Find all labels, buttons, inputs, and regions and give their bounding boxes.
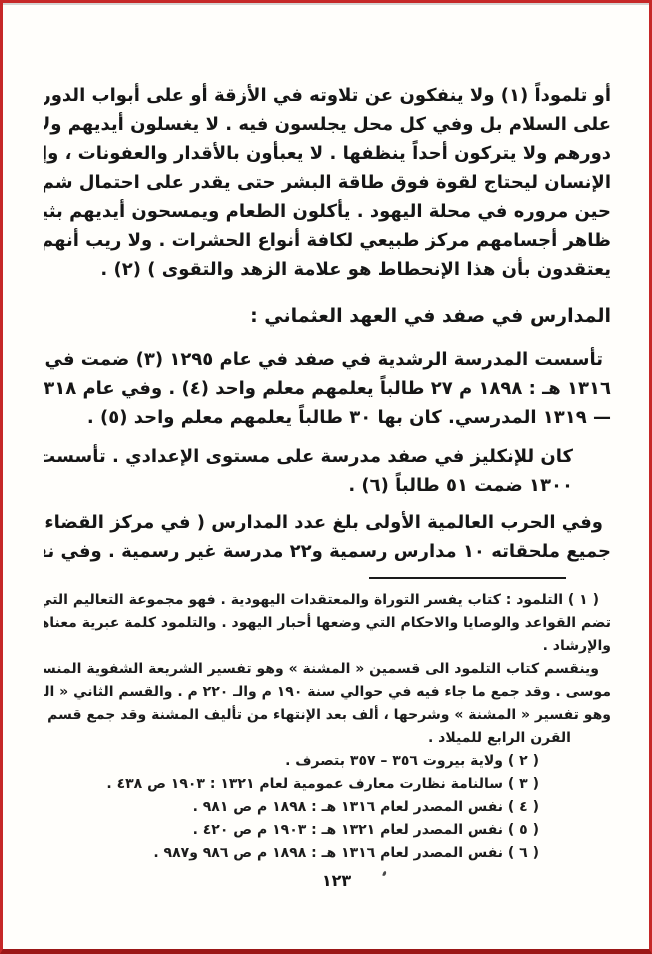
footnote-line: ( ٣ ) سالنامة نظارت معارف عمومية لعام ١٣… bbox=[44, 773, 611, 796]
page-content: أو تلموداً (١) ولا ينفكون عن تلاوته في ا… bbox=[0, 3, 652, 892]
body-text-line: ١٣١٦ هـ : ١٨٩٨ م ٢٧ طالباً يعلمهم معلم و… bbox=[44, 374, 611, 403]
body-text-line: دورهم ولا يتركون أحداً ينظفها . لا يعبأو… bbox=[44, 139, 611, 168]
body-paragraph-4: وفي الحرب العالمية الأولى بلغ عدد المدار… bbox=[44, 508, 611, 566]
body-text-line: حين مروره في محلة اليهود . يأكلون الطعام… bbox=[44, 197, 611, 226]
footnote-line: القرن الرابع للميلاد . bbox=[44, 727, 611, 750]
footnote-line: وينقسم كتاب التلمود الى قسمين « المشنة »… bbox=[44, 658, 611, 681]
scanned-book-page: { "page": { "number": "١٢٣" }, "colors":… bbox=[0, 0, 652, 954]
footnote-line: وهو تفسير « المشنة » وشرحها ، ألف بعد ال… bbox=[44, 704, 611, 727]
body-paragraph-1: أو تلموداً (١) ولا ينفكون عن تلاوته في ا… bbox=[44, 81, 611, 284]
footnote-line: موسى . وقد جمع ما جاء فيه في حوالي سنة ١… bbox=[44, 681, 611, 704]
body-text-line: جميع ملحقاته ١٠ مدارس رسمية و٢٢ مدرسة غي… bbox=[44, 537, 611, 566]
section-heading: المدارس في صفد في العهد العثماني : bbox=[44, 302, 611, 331]
footnote-line: تضم القواعد والوصايا والاحكام التي وضعها… bbox=[44, 612, 611, 635]
footnote-line: ( ٢ ) ولاية بيروت ٣٥٦ – ٣٥٧ بتصرف . bbox=[44, 750, 611, 773]
body-text-line: على السلام بل وفي كل محل يجلسون فيه . لا… bbox=[44, 110, 611, 139]
footnotes-section: ( ١ ) التلمود : كتاب يفسر التوراة والمعت… bbox=[44, 589, 611, 865]
body-text-line: وفي الحرب العالمية الأولى بلغ عدد المدار… bbox=[44, 508, 611, 537]
body-text-line: ظاهر أجسامهم مركز طبيعي لكافة أنواع الحش… bbox=[44, 226, 611, 255]
body-text-line: كان للإنكليز في صفد مدرسة على مستوى الإع… bbox=[44, 442, 611, 471]
body-text-line: ١٣٠٠ ضمت ٥١ طالباً (٦) . bbox=[44, 471, 611, 500]
footnote-line: ( ١ ) التلمود : كتاب يفسر التوراة والمعت… bbox=[44, 589, 611, 612]
body-text-line: — ١٣١٩ المدرسي. كان بها ٣٠ طالباً يعلمهم… bbox=[44, 403, 611, 432]
footnote-line: ( ٤ ) نفس المصدر لعام ١٣١٦ هـ : ١٨٩٨ م ص… bbox=[44, 796, 611, 819]
body-text-line: يعتقدون بأن هذا الإنحطاط هو علامة الزهد … bbox=[44, 255, 611, 284]
body-paragraph-3: كان للإنكليز في صفد مدرسة على مستوى الإع… bbox=[44, 442, 611, 500]
body-text-line: تأسست المدرسة الرشدية في صفد في عام ١٢٩٥… bbox=[44, 345, 611, 374]
footnote-line: ( ٥ ) نفس المصدر لعام ١٣٢١ هـ : ١٩٠٣ م ص… bbox=[44, 819, 611, 842]
footnote-line: ( ٦ ) نفس المصدر لعام ١٣١٦ هـ : ١٨٩٨ م ص… bbox=[44, 842, 611, 865]
body-paragraph-2: تأسست المدرسة الرشدية في صفد في عام ١٢٩٥… bbox=[44, 345, 611, 432]
body-text-line: أو تلموداً (١) ولا ينفكون عن تلاوته في ا… bbox=[44, 81, 611, 110]
page-number: ١٢٣ bbox=[53, 869, 620, 892]
footnote-separator-rule bbox=[369, 577, 566, 579]
footnote-line: والإرشاد . bbox=[44, 635, 611, 658]
body-text-line: الإنسان ليحتاج لقوة فوق طاقة البشر حتى ي… bbox=[44, 168, 611, 197]
scan-edge-line bbox=[3, 3, 649, 5]
